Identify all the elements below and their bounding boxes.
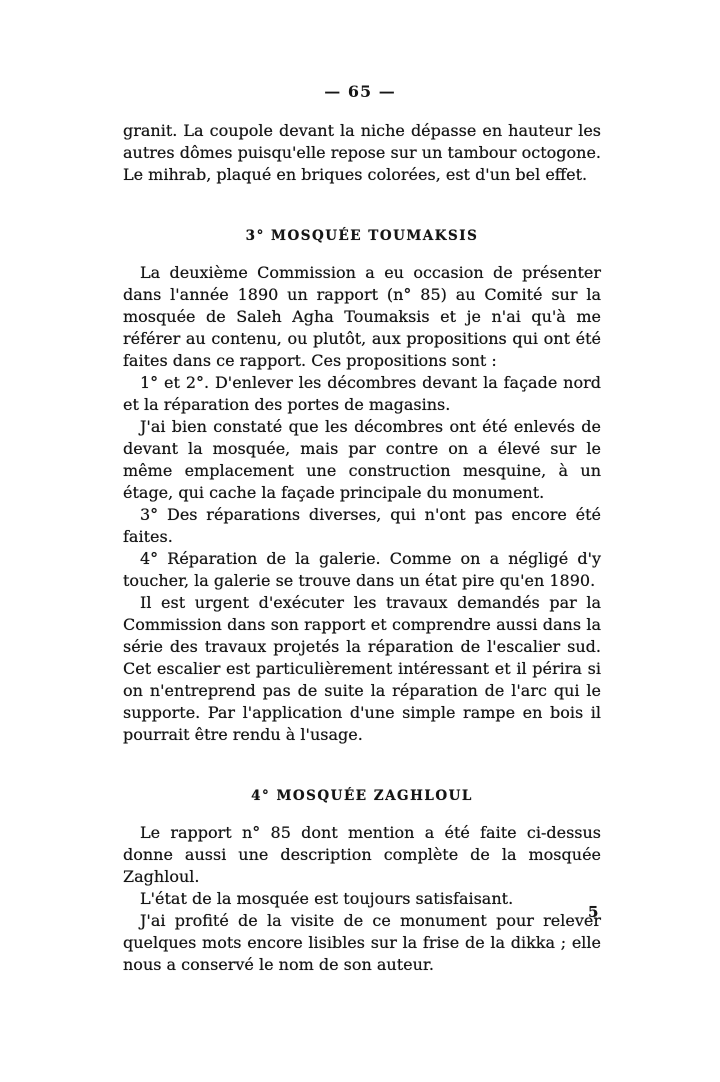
paragraph: La deuxième Commission a eu occasion de … bbox=[123, 262, 601, 372]
page-number-header: — 65 — bbox=[0, 82, 720, 101]
text-column: granit. La coupole devant la niche dépas… bbox=[123, 120, 601, 976]
paragraph: Il est urgent d'exécuter les travaux dem… bbox=[123, 592, 601, 746]
paragraph: 1° et 2°. D'enlever les décombres devant… bbox=[123, 372, 601, 416]
paragraph: 4° Réparation de la galerie. Comme on a … bbox=[123, 548, 601, 592]
section-heading-toumaksis: 3° MOSQUÉE TOUMAKSIS bbox=[123, 186, 601, 262]
paragraph: J'ai profité de la visite de ce monument… bbox=[123, 910, 601, 976]
paragraph: 3° Des réparations diverses, qui n'ont p… bbox=[123, 504, 601, 548]
paragraph: L'état de la mosquée est toujours satisf… bbox=[123, 888, 601, 910]
continuation-paragraph: granit. La coupole devant la niche dépas… bbox=[123, 120, 601, 186]
scanned-document-page: — 65 — granit. La coupole devant la nich… bbox=[0, 0, 720, 1082]
paragraph: J'ai bien constaté que les décombres ont… bbox=[123, 416, 601, 504]
paragraph: Le rapport n° 85 dont mention a été fait… bbox=[123, 822, 601, 888]
section-heading-zaghloul: 4° MOSQUÉE ZAGHLOUL bbox=[123, 746, 601, 822]
signature-mark: 5 bbox=[588, 903, 598, 921]
